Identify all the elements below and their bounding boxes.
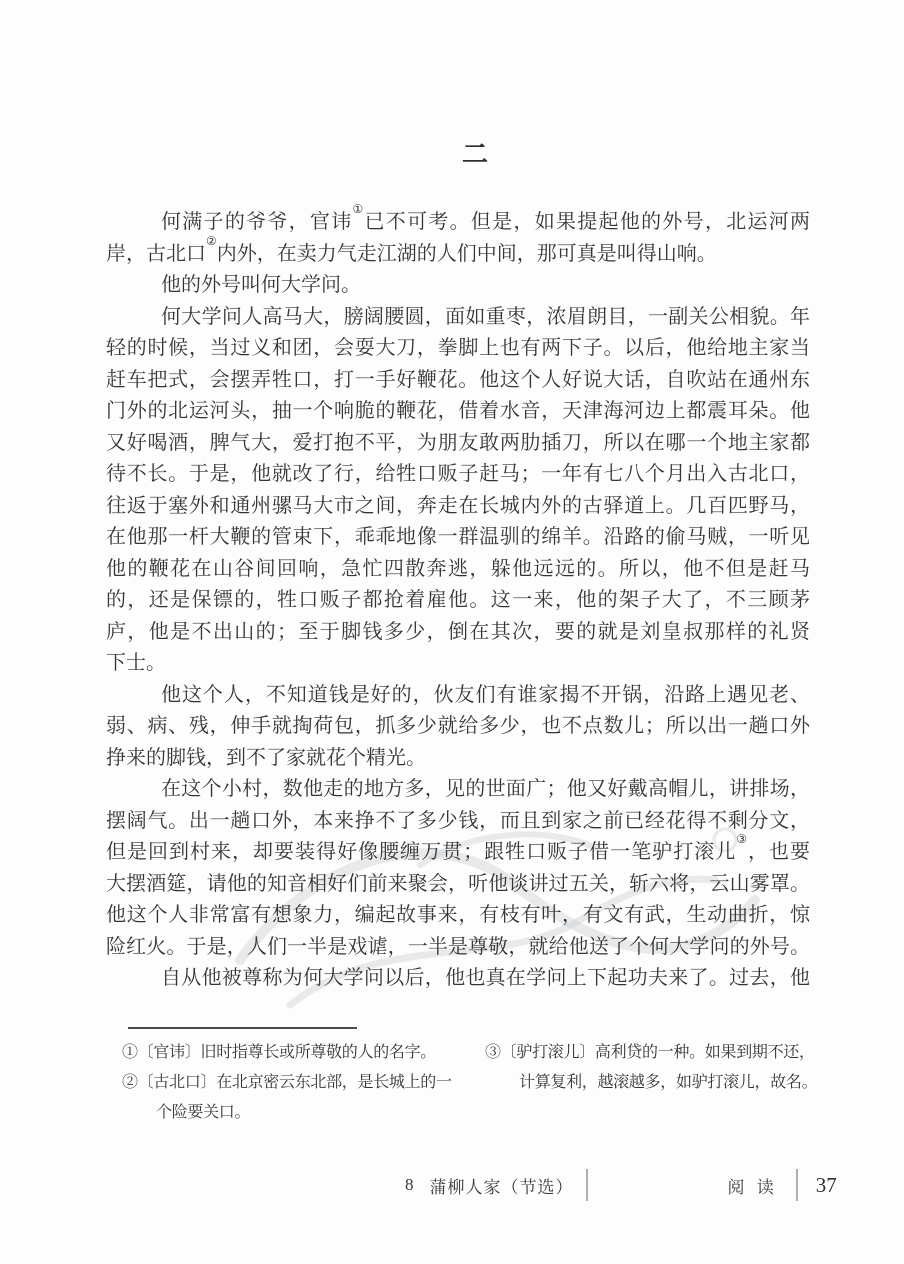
page-footer: 8 蒲柳人家（节选） 阅 读 37: [405, 1167, 837, 1203]
text-line: 岸，古北口②内外，在卖力气走江湖的人们中间，那可真是叫得山响。: [106, 239, 810, 271]
text-line: 何大学问人高马大，膀阔腰圆，面如重枣，浓眉朗目，一副关公相貌。年: [106, 302, 810, 334]
footnote-line: 个险要关口。: [122, 1098, 488, 1128]
lesson-number: 8: [405, 1175, 414, 1195]
text-line: 他的外号叫何大学问。: [106, 270, 810, 302]
text-line: 自从他被尊称为何大学问以后，他也真在学问上下起功夫来了。过去，他: [106, 963, 810, 995]
text-line: 摆阔气。出一趟口外，本来挣不了多少钱，而且到家之前已经花得不剩分文，: [106, 806, 810, 838]
text-line: 险红火。于是，人们一半是戏谑，一半是尊敬，就给他送了个何大学问的外号。: [106, 932, 810, 964]
text-line: 在这个小村，数他走的地方多，见的世面广；他又好戴高帽儿，讲排场，: [106, 774, 810, 806]
footnote-divider: [128, 1027, 357, 1029]
text-line: 在他那一杆大鞭的管束下，乖乖地像一群温驯的绵羊。沿路的偷马贼，一听见: [106, 522, 810, 554]
text-line: 大摆酒筵，请他的知音相好们前来聚会，听他谈讲过五关，斩六将，云山雾罩。: [106, 869, 810, 901]
text-line: 往返于塞外和通州骡马大市之间，奔走在长城内外的古驿道上。几百匹野马，: [106, 491, 810, 523]
lesson-title: 蒲柳人家（节选）: [430, 1173, 574, 1198]
section-label: 阅 读: [728, 1173, 778, 1198]
body-text: 何满子的爷爷，官讳①已不可考。但是，如果提起他的外号，北运河两岸，古北口②内外，…: [106, 207, 810, 995]
text-line: 他这个人非常富有想象力，编起故事来，有枝有叶，有文有武，生动曲折，惊: [106, 900, 810, 932]
section-heading: 二: [124, 139, 828, 171]
text-line: 挣来的脚钱，到不了家就花个精光。: [106, 743, 810, 775]
footnote-line: 计算复利，越滚越多，如驴打滚儿，故名。: [485, 1068, 825, 1098]
text-line: 他这个人，不知道钱是好的，伙友们有谁家揭不开锅，沿路上遇见老、: [106, 680, 810, 712]
text-line: 又好喝酒，脾气大，爱打抱不平，为朋友敢两肋插刀，所以在哪一个地主家都: [106, 428, 810, 460]
footnote-ref-marker: ③: [736, 832, 748, 846]
text-line: 但是回到村来，却要装得好像腰缠万贯；跟牲口贩子借一笔驴打滚儿③，也要: [106, 837, 810, 869]
page-number: 37: [816, 1173, 837, 1198]
text-line: 门外的北运河头，抽一个响脆的鞭花，借着水音，天津海河边上都震耳朵。他: [106, 396, 810, 428]
footnote-ref-marker: ②: [206, 234, 217, 248]
text-line: 的，还是保镖的，牲口贩子都抢着雇他。这一来，他的架子大了，不三顾茅: [106, 585, 810, 617]
footer-divider-1: [586, 1169, 588, 1201]
footnote-line: ①〔官讳〕旧时指尊长或所尊敬的人的名字。: [122, 1038, 488, 1068]
footnotes-left-column: ①〔官讳〕旧时指尊长或所尊敬的人的名字。②〔古北口〕在北京密云东北部，是长城上的…: [122, 1038, 488, 1128]
textbook-page: 二 何满子的爷爷，官讳①已不可考。但是，如果提起他的外号，北运河两岸，古北口②内…: [0, 0, 904, 1264]
footnote-line: ③〔驴打滚儿〕高利贷的一种。如果到期不还，: [485, 1038, 825, 1068]
text-line: 弱、病、残，伸手就掏荷包，抓多少就给多少，也不点数儿；所以出一趟口外: [106, 711, 810, 743]
text-line: 下士。: [106, 648, 810, 680]
footer-divider-2: [796, 1169, 798, 1201]
text-line: 赶车把式，会摆弄牲口，打一手好鞭花。他这个人好说大话，自吹站在通州东: [106, 365, 810, 397]
text-line: 他的鞭花在山谷间回响，急忙四散奔逃，躲他远远的。所以，他不但是赶马: [106, 554, 810, 586]
footnotes-right-column: ③〔驴打滚儿〕高利贷的一种。如果到期不还，计算复利，越滚越多，如驴打滚儿，故名。: [485, 1038, 825, 1098]
footnote-ref-marker: ①: [352, 202, 364, 216]
text-line: 轻的时候，当过义和团，会耍大刀，拳脚上也有两下子。以后，他给地主家当: [106, 333, 810, 365]
text-line: 庐，他是不出山的；至于脚钱多少，倒在其次，要的就是刘皇叔那样的礼贤: [106, 617, 810, 649]
text-line: 待不长。于是，他就改了行，给牲口贩子赶马；一年有七八个月出入古北口，: [106, 459, 810, 491]
footnote-line: ②〔古北口〕在北京密云东北部，是长城上的一: [122, 1068, 488, 1098]
